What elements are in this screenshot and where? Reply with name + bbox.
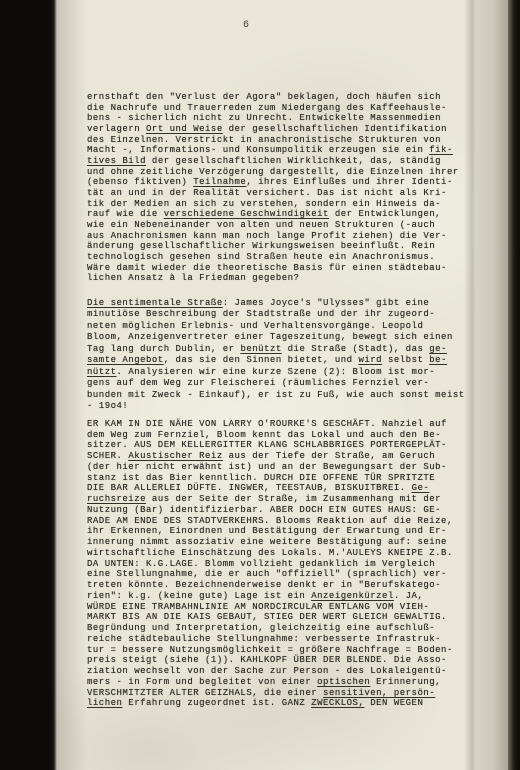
text-line: stanz ist das Bier kenntlich. DURCH DIE …	[87, 473, 475, 484]
text-line: sitzer. AUS DEM KELLERGITTER KLANG SCHLA…	[87, 440, 475, 451]
text-line: aus Anachronismen kann man noch lange Pr…	[87, 231, 475, 242]
text-segment: treten könnte. Bezeichnenderweise denkt …	[87, 580, 441, 590]
text-segment: verlagern	[87, 124, 146, 134]
text-line: lichen Ansatz à la Friedman gegeben?	[87, 273, 475, 284]
text-segment: DIE BAR ALLERLEI DÜFTE. INGWER, TEESTAUB…	[87, 483, 412, 493]
text-line: tur = bessere Nutzungsmöglichkeit = größ…	[87, 645, 475, 656]
text-line: neten möglichen Erlebnis- und Verhaltens…	[87, 321, 475, 333]
text-segment: innerung nimmt assoziativ eine weitere B…	[87, 537, 447, 547]
underlined-text: wird	[358, 355, 382, 365]
underlined-text: optischen	[317, 677, 370, 687]
text-line: dem Weg zum Fernziel, Bloom kennt das Lo…	[87, 430, 475, 441]
text-line: - 19o4!	[87, 401, 475, 413]
underlined-text: ZWECKLOS,	[311, 698, 364, 708]
text-line: die Nachrufe und Trauerreden zum Niederg…	[87, 103, 475, 114]
text-segment: wirtschaftliche Einschätzung des Lokals.…	[87, 548, 453, 558]
text-segment: die Straße (Stadt), das	[282, 344, 430, 354]
text-line: ihr Erkennen, Einordnen und Bestätigung …	[87, 526, 475, 537]
paragraph-p2: Die sentimentale Straße: James Joyce's "…	[87, 298, 475, 413]
underlined-text: tives Bild	[87, 156, 146, 166]
text-line: Nutzung (Bar) identifizierbar. ABER DOCH…	[87, 505, 475, 516]
text-line: DIE BAR ALLERLEI DÜFTE. INGWER, TEESTAUB…	[87, 483, 475, 494]
underlined-text: lichen	[87, 698, 122, 708]
gutter-shadow	[55, 0, 87, 770]
text-line: ernsthaft den "Verlust der Agora" beklag…	[87, 92, 475, 103]
underlined-text: Anzeigenkürzel	[311, 591, 394, 601]
text-line: wirtschaftliche Einschätzung des Lokals.…	[87, 548, 475, 559]
text-line: wie ein Nebeneinander von alten und neue…	[87, 220, 475, 231]
text-segment: und ohne zeitliche Verzögerung dargestel…	[87, 167, 459, 177]
text-segment: DA UNTEN: K.G.LAGE. Blomm vollzieht geda…	[87, 559, 435, 569]
text-segment: Bloom, Anzeigenvertreter einer Tageszeit…	[87, 332, 453, 342]
text-line: innerung nimmt assoziativ eine weitere B…	[87, 537, 475, 548]
text-line: tives Bild der gesellschaftlichen Wirkli…	[87, 156, 475, 167]
underlined-text: Teilnahme	[193, 177, 246, 187]
text-line: (ebenso fiktiven) Teilnahme, ihres Einfl…	[87, 177, 475, 188]
text-segment: WÜRDE EINE TRAMBAHNLINIE AM NORDCIRCULAR…	[87, 602, 429, 612]
text-segment: rien": k.g. (keine gute) Lage ist ein	[87, 591, 311, 601]
text-line: bunden mit Zweck - Einkauf), er ist zu F…	[87, 390, 475, 402]
left-binding-bar	[0, 0, 57, 770]
text-line: tik der Medien an sich zu verstehen, son…	[87, 199, 475, 210]
text-line: gens auf dem Weg zur Fleischerei (räumli…	[87, 378, 475, 390]
text-segment: der gesellschaftlichen Wirklichkeit, das…	[146, 156, 441, 166]
text-line: Begründung und Interpretation, gleichzei…	[87, 623, 475, 634]
underlined-text: ruchsreize	[87, 494, 146, 504]
text-segment: bens - sicherlich nicht zu Unrecht. Entw…	[87, 113, 441, 123]
text-line: DA UNTEN: K.G.LAGE. Blomm vollzieht geda…	[87, 559, 475, 570]
text-segment: aus der Tiefe der Straße, am Geruch	[223, 451, 435, 461]
text-line: treten könnte. Bezeichnenderweise denkt …	[87, 580, 475, 591]
underlined-text: samte Angebot	[87, 355, 164, 365]
text-segment: neten möglichen Erlebnis- und Verhaltens…	[87, 321, 423, 331]
text-segment: dem Weg zum Fernziel, Bloom kennt das Lo…	[87, 430, 441, 440]
text-line: SCHER. Akustischer Reiz aus der Tiefe de…	[87, 451, 475, 462]
text-line: ruchsreize aus der Seite der Straße, im …	[87, 494, 475, 505]
text-line: eine Stellungnahme, die er auch "offizie…	[87, 569, 475, 580]
text-line: verlagern Ort und Weise der gesellschaft…	[87, 124, 475, 135]
text-line: tät an und in der Realität versichert. D…	[87, 188, 475, 199]
text-line: lichen Erfahrung zugeordnet ist. GANZ ZW…	[87, 698, 475, 709]
text-segment: (der hier nicht erwähnt ist) und an der …	[87, 462, 447, 472]
text-segment: Erfahrung zugeordnet ist. GANZ	[122, 698, 311, 708]
text-line: des Einzelnen. Verstrickt in anachronist…	[87, 135, 475, 146]
underlined-text: Akustischer Reiz	[128, 451, 222, 461]
text-line: samte Angebot, das sie den Sinnen bietet…	[87, 355, 475, 367]
text-segment: Wäre damit wieder die theoretische Basis…	[87, 263, 447, 273]
text-line: nützt. Analysieren wir eine kurze Szene …	[87, 367, 475, 379]
text-segment: tik der Medien an sich zu verstehen, son…	[87, 199, 441, 209]
underlined-text: Ort und Weise	[146, 124, 223, 134]
text-line: änderung gesellschaftlicher Wirkungsweis…	[87, 241, 475, 252]
paragraph-p3: ER KAM IN DIE NÄHE VON LARRY O'ROURKE'S …	[87, 419, 475, 709]
underlined-text: Ge-	[412, 483, 430, 493]
text-line: ziation wechselt von der Sache zur Perso…	[87, 666, 475, 677]
scanned-page: 6 ernsthaft den "Verlust der Agora" bekl…	[0, 0, 520, 770]
text-segment: rauf wie die	[87, 209, 164, 219]
text-segment: der gesellschaftlichen Identifikation	[223, 124, 447, 134]
underlined-text: sensitiven, persön-	[323, 688, 435, 698]
text-segment: Erinnerung,	[370, 677, 441, 687]
text-line: ER KAM IN DIE NÄHE VON LARRY O'ROURKE'S …	[87, 419, 475, 430]
text-segment: , das sie den Sinnen bietet, und	[164, 355, 359, 365]
text-segment: eine Stellungnahme, die er auch "offizie…	[87, 569, 447, 579]
text-segment: sitzer. AUS DEM KELLERGITTER KLANG SCHLA…	[87, 440, 447, 450]
text-segment: selbst	[382, 355, 429, 365]
text-segment: minutiöse Beschreibung der Stadtstraße u…	[87, 309, 435, 319]
underlined-text: fik-	[429, 145, 453, 155]
text-segment: : James Joyce's "Ulysses" gibt eine	[223, 298, 430, 308]
text-segment: ziation wechselt von der Sache zur Perso…	[87, 666, 447, 676]
text-line: Die sentimentale Straße: James Joyce's "…	[87, 298, 475, 310]
underlined-text: ge-	[429, 344, 447, 354]
text-line: reiche städtebauliche Stellungnahme: ver…	[87, 634, 475, 645]
text-segment: ihr Erkennen, Einordnen und Bestätigung …	[87, 526, 447, 536]
underlined-text: verschiedene Geschwindigkeit	[164, 209, 329, 219]
text-segment: reiche städtebauliche Stellungnahme: ver…	[87, 634, 441, 644]
underlined-text: Die sentimentale Straße	[87, 298, 223, 308]
page-number: 6	[243, 20, 250, 31]
text-segment: VERSCHMITZTER ALTER GEIZHALS, die einer	[87, 688, 323, 698]
text-segment: RADE AM ENDE DES STADTVERKEHRS. Blooms R…	[87, 516, 453, 526]
page-text: ernsthaft den "Verlust der Agora" beklag…	[87, 92, 475, 709]
text-segment: . JA,	[394, 591, 424, 601]
text-segment: des Einzelnen. Verstrickt in anachronist…	[87, 135, 441, 145]
text-line: (der hier nicht erwähnt ist) und an der …	[87, 462, 475, 473]
underlined-text: be-	[429, 355, 447, 365]
text-segment: preis steigt (siehe (1)). KAHLKOPF ÜBER …	[87, 655, 447, 665]
text-line: rien": k.g. (keine gute) Lage ist ein An…	[87, 591, 475, 602]
right-page-edge	[476, 0, 508, 770]
text-segment: - 19o4!	[87, 401, 128, 411]
text-line: WÜRDE EINE TRAMBAHNLINIE AM NORDCIRCULAR…	[87, 602, 475, 613]
text-line: Tag lang durch Dublin, er benützt die St…	[87, 344, 475, 356]
text-segment: gens auf dem Weg zur Fleischerei (räumli…	[87, 378, 429, 388]
text-segment: DEN WEGEN	[364, 698, 423, 708]
text-line: und ohne zeitliche Verzögerung dargestel…	[87, 167, 475, 178]
text-segment: ER KAM IN DIE NÄHE VON LARRY O'ROURKE'S …	[87, 419, 447, 429]
text-segment: bunden mit Zweck - Einkauf), er ist zu F…	[87, 390, 465, 400]
text-segment: SCHER.	[87, 451, 128, 461]
text-line: RADE AM ENDE DES STADTVERKEHRS. Blooms R…	[87, 516, 475, 527]
text-segment: ernsthaft den "Verlust der Agora" beklag…	[87, 92, 441, 102]
text-segment: tur = bessere Nutzungsmöglichkeit = größ…	[87, 645, 453, 655]
text-line: Bloom, Anzeigenvertreter einer Tageszeit…	[87, 332, 475, 344]
text-segment: Macht -, Informations- und Konsumpolitik…	[87, 145, 429, 155]
underlined-text: benützt	[240, 344, 281, 354]
text-segment: lichen Ansatz à la Friedman gegeben?	[87, 273, 299, 283]
text-segment: die Nachrufe und Trauerreden zum Niederg…	[87, 103, 447, 113]
text-segment: änderung gesellschaftlicher Wirkungsweis…	[87, 241, 435, 251]
text-line: preis steigt (siehe (1)). KAHLKOPF ÜBER …	[87, 655, 475, 666]
text-segment: , ihres Einflußes und ihrer Identi-	[246, 177, 453, 187]
text-line: minutiöse Beschreibung der Stadtstraße u…	[87, 309, 475, 321]
text-segment: der Entwicklungen,	[329, 209, 441, 219]
text-segment: wie ein Nebeneinander von alten und neue…	[87, 220, 435, 230]
text-segment: Nutzung (Bar) identifizierbar. ABER DOCH…	[87, 505, 441, 515]
paragraph-p1: ernsthaft den "Verlust der Agora" beklag…	[87, 92, 475, 284]
text-segment: MARKT BIS AN DIE KAIS GEBAUT, STIEG DER …	[87, 612, 447, 622]
underlined-text: nützt	[87, 367, 117, 377]
text-line: rauf wie die verschiedene Geschwindigkei…	[87, 209, 475, 220]
text-segment: technologisch gesehen sind Straßen heute…	[87, 252, 435, 262]
text-line: mers - in Form und begleitet von einer o…	[87, 677, 475, 688]
text-segment: aus Anachronismen kann man noch lange Pr…	[87, 231, 447, 241]
text-line: Wäre damit wieder die theoretische Basis…	[87, 263, 475, 274]
text-segment: aus der Seite der Straße, im Zusammenhan…	[146, 494, 441, 504]
text-segment: . Analysieren wir eine kurze Szene (2): …	[117, 367, 436, 377]
text-line: VERSCHMITZTER ALTER GEIZHALS, die einer …	[87, 688, 475, 699]
text-segment: stanz ist das Bier kenntlich. DURCH DIE …	[87, 473, 435, 483]
text-line: bens - sicherlich nicht zu Unrecht. Entw…	[87, 113, 475, 124]
text-segment: mers - in Form und begleitet von einer	[87, 677, 317, 687]
text-segment: Tag lang durch Dublin, er	[87, 344, 240, 354]
text-segment: (ebenso fiktiven)	[87, 177, 193, 187]
text-segment: Begründung und Interpretation, gleichzei…	[87, 623, 435, 633]
text-line: technologisch gesehen sind Straßen heute…	[87, 252, 475, 263]
text-line: Macht -, Informations- und Konsumpolitik…	[87, 145, 475, 156]
text-segment: tät an und in der Realität versichert. D…	[87, 188, 447, 198]
scanner-edge	[508, 0, 520, 770]
text-line: MARKT BIS AN DIE KAIS GEBAUT, STIEG DER …	[87, 612, 475, 623]
